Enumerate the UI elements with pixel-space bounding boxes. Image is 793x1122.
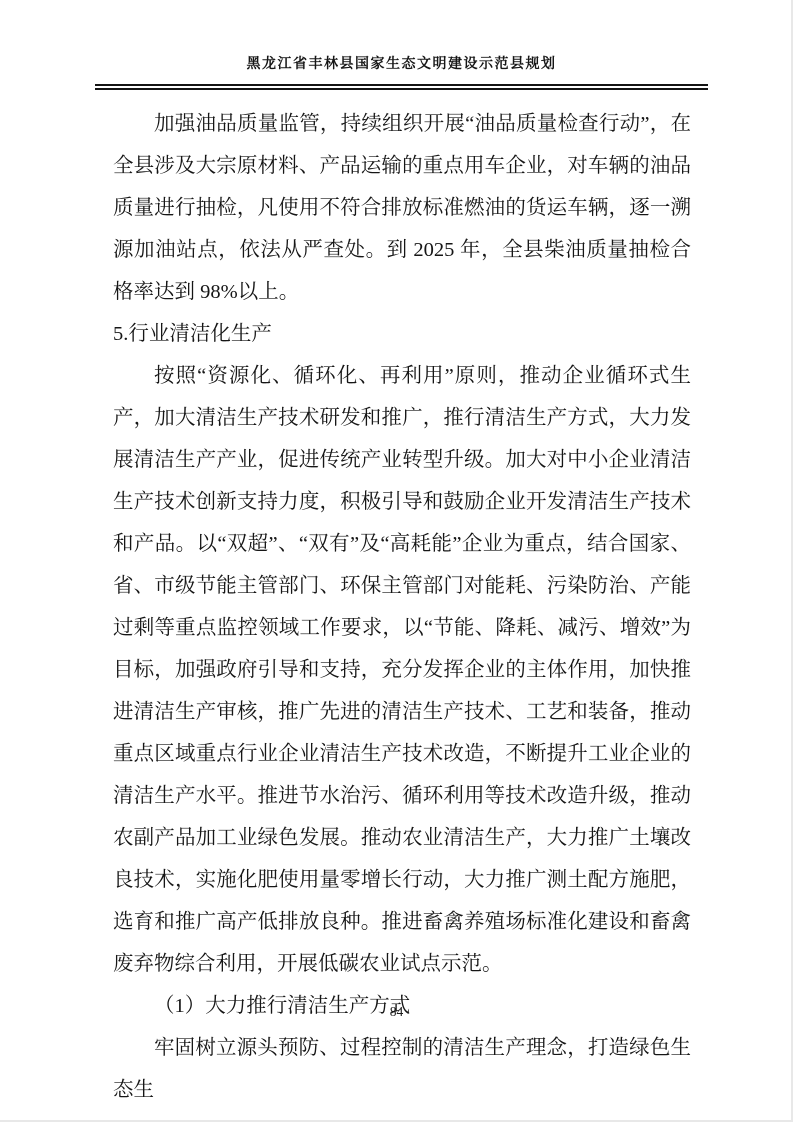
page-number: 84 <box>0 1004 793 1020</box>
document-page: 黑龙江省丰林县国家生态文明建设示范县规划 加强油品质量监管，持续组织开展“油品质… <box>0 0 793 1122</box>
document-body: 加强油品质量监管，持续组织开展“油品质量检查行动”，在全县涉及大宗原材料、产品运… <box>113 103 691 1111</box>
section-heading-industry-clean-production: 5.行业清洁化生产 <box>113 313 691 355</box>
header-divider-double-line <box>95 84 708 90</box>
page-header: 黑龙江省丰林县国家生态文明建设示范县规划 <box>95 0 708 90</box>
paragraph-clean-production-concept: 牢固树立源头预防、过程控制的清洁生产理念，打造绿色生态生 <box>113 1027 691 1111</box>
paragraph-oil-quality-supervision: 加强油品质量监管，持续组织开展“油品质量检查行动”，在全县涉及大宗原材料、产品运… <box>113 103 691 313</box>
paragraph-clean-production-principles: 按照“资源化、循环化、再利用”原则，推动企业循环式生产，加大清洁生产技术研发和推… <box>113 355 691 985</box>
document-header-title: 黑龙江省丰林县国家生态文明建设示范县规划 <box>95 0 708 73</box>
